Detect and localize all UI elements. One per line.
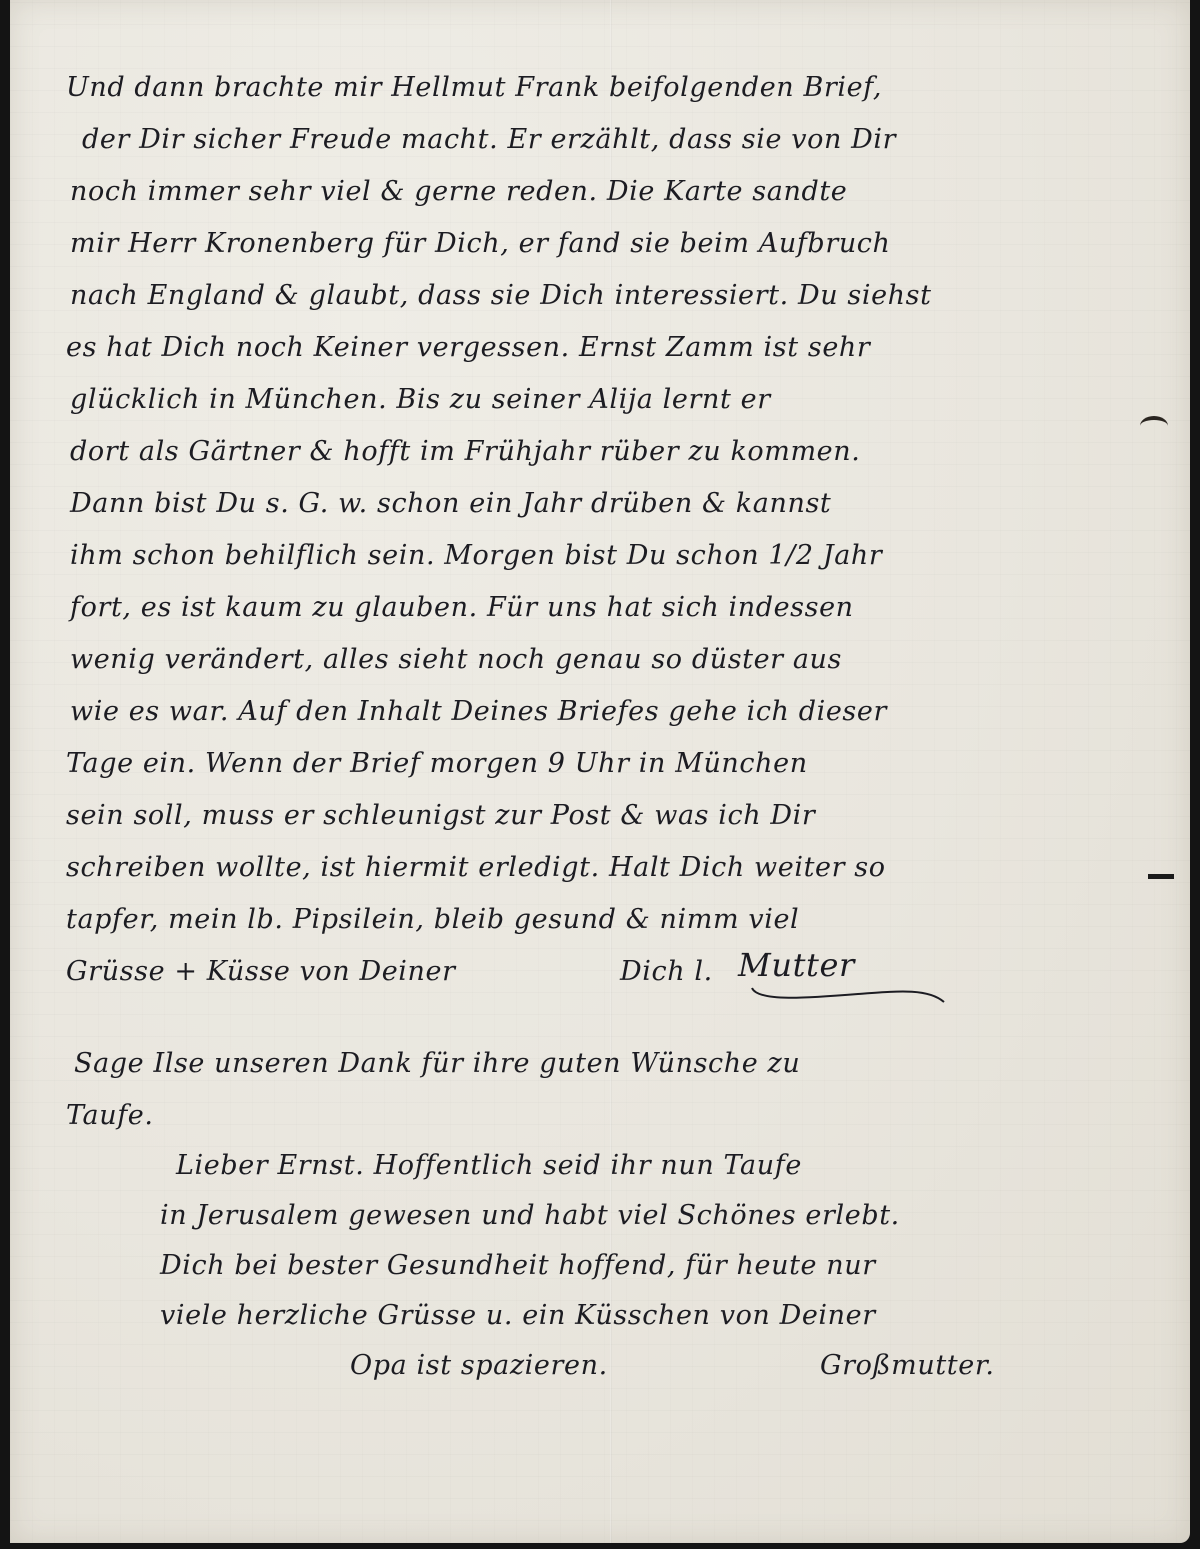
letter-line: wenig verändert, alles sieht noch genau … [70, 644, 842, 675]
letter-line: ihm schon behilflich sein. Morgen bist D… [70, 540, 882, 571]
letter-line: der Dir sicher Freude macht. Er erzählt,… [82, 124, 896, 155]
note-signature: Großmutter. [820, 1350, 995, 1381]
letter-line: Grüsse + Küsse von Deiner [66, 956, 456, 987]
note-line: Opa ist spazieren. [350, 1350, 608, 1381]
note-line: Lieber Ernst. Hoffentlich seid ihr nun T… [176, 1150, 802, 1181]
margin-mark [1148, 874, 1174, 879]
signature-flourish [748, 976, 948, 1006]
letter-line: schreiben wollte, ist hiermit erledigt. … [66, 852, 886, 883]
postscript-line: Taufe. [66, 1100, 154, 1131]
postscript-line: Sage Ilse unseren Dank für ihre guten Wü… [74, 1048, 800, 1079]
letter-line: glücklich in München. Bis zu seiner Alij… [70, 384, 771, 415]
letter-line: fort, es ist kaum zu glauben. Für uns ha… [70, 592, 854, 623]
letter-line: Tage ein. Wenn der Brief morgen 9 Uhr in… [66, 748, 808, 779]
letter-line: dort als Gärtner & hofft im Frühjahr rüb… [70, 436, 860, 467]
letter-line: noch immer sehr viel & gerne reden. Die … [70, 176, 847, 207]
letter-line: nach England & glaubt, dass sie Dich int… [70, 280, 932, 311]
letter-line: sein soll, muss er schleunigst zur Post … [66, 800, 815, 831]
paper-tear-mark [1140, 416, 1168, 436]
note-line: in Jerusalem gewesen und habt viel Schön… [160, 1200, 900, 1231]
note-line: Dich bei bester Gesundheit hoffend, für … [160, 1250, 876, 1281]
letter-line: es hat Dich noch Keiner vergessen. Ernst… [66, 332, 870, 363]
note-line: viele herzliche Grüsse u. ein Küsschen v… [160, 1300, 876, 1331]
letter-closing: Dich l. [620, 956, 713, 987]
letter-line: tapfer, mein lb. Pipsilein, bleib gesund… [66, 904, 799, 935]
letter-line: Und dann brachte mir Hellmut Frank beifo… [66, 72, 882, 103]
letter-line: Dann bist Du s. G. w. schon ein Jahr drü… [70, 488, 831, 519]
letter-line: mir Herr Kronenberg für Dich, er fand si… [70, 228, 891, 259]
letter-page: Und dann brachte mir Hellmut Frank beifo… [10, 0, 1190, 1543]
letter-line: wie es war. Auf den Inhalt Deines Briefe… [70, 696, 887, 727]
